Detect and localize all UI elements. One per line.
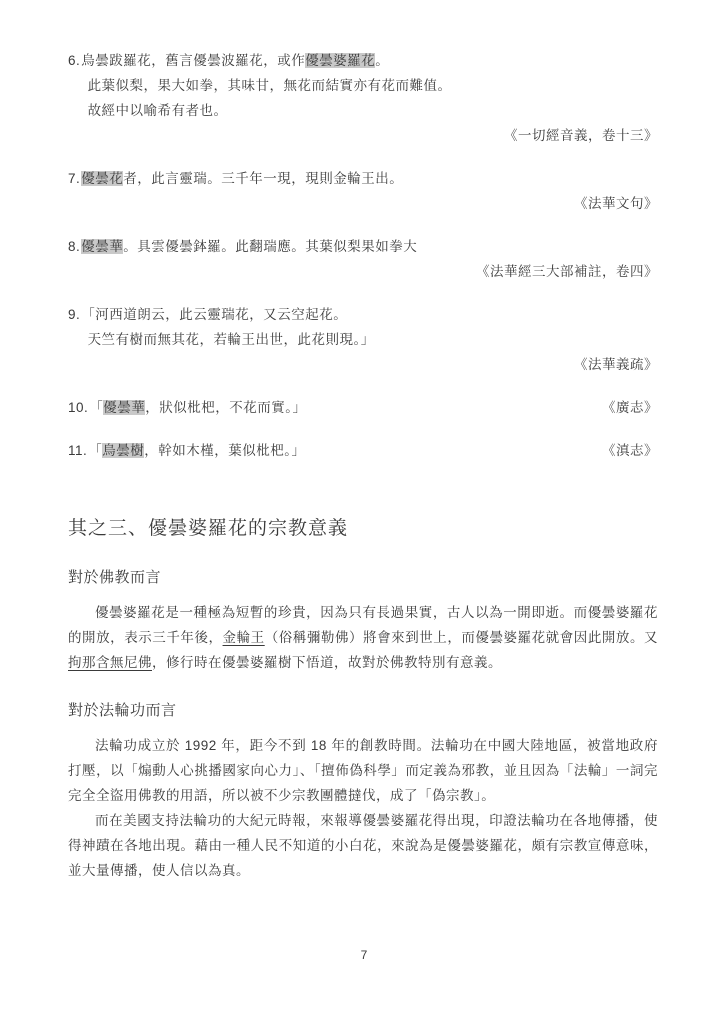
quote-line: 8.優曇華。具雲優曇鉢羅。此翻瑞應。其葉似梨果如拳大 [68,234,658,259]
citation: 《法華經三大部補註，卷四》 [68,259,658,284]
body-paragraph: 而在美國支持法輪功的大紀元時報，來報導優曇婆羅花得出現，印證法輪功在各地傳播，使… [68,808,658,883]
text-run: ，幹如木槿，葉似枇杷。」 [144,443,305,458]
quote-line: 天竺有樹而無其花，若輪王出世，此花則現。」 [68,327,658,352]
quote-line: 《廣志》10.「優曇華，狀似枇杷，不花而實。」 [68,395,658,420]
underlined-term: 拘那含無尼佛 [68,655,152,670]
highlighted-term: 優曇華 [81,239,123,254]
text-run: 者，此言靈瑞。三千年一現，現則金輪王出。 [123,171,403,186]
citation: 《廣志》 [602,395,658,420]
text-run: 。 [375,53,389,68]
text-run: （俗稱彌勒佛）將會來到世上，而優曇婆羅花就會因此開放。又 [265,630,658,645]
citation: 《法華文句》 [68,191,658,216]
quote-number: 8. [68,239,81,254]
quote-line: 7.優曇花者，此言靈瑞。三千年一現，現則金輪王出。 [68,166,658,191]
text-run: 而在美國支持法輪功的大紀元時報，來報導優曇婆羅花得出現，印證法輪功在各地傳播，使… [68,813,658,878]
underlined-term: 金輪王 [223,630,265,645]
text-run: 此葉似梨，果大如拳，其味甘，無花而結實亦有花而難值。 [88,78,452,93]
quote-item: 《廣志》10.「優曇華，狀似枇杷，不花而實。」 [68,395,658,420]
subsection-title: 對於法輪功而言 [68,700,658,721]
text-run: 法輪功成立於 1992 年，距今不到 18 年的創教時間。法輪功在中國大陸地區，… [68,738,658,803]
text-run: 故經中以喻希有者也。 [88,103,228,118]
quotes-list: 6.烏曇跋羅花，舊言優曇波羅花，或作優曇婆羅花。此葉似梨，果大如拳，其味甘，無花… [68,48,658,463]
quote-line: 此葉似梨，果大如拳，其味甘，無花而結實亦有花而難值。 [68,73,658,98]
subsection-title: 對於佛教而言 [68,567,658,588]
quote-number: 11. [68,443,88,458]
text-run: 「 [89,400,103,415]
highlighted-term: 優曇華 [103,400,145,415]
highlighted-term: 優曇花 [81,171,123,186]
text-run: ，修行時在優曇婆羅樹下悟道，故對於佛教特別有意義。 [152,655,502,670]
quote-line: 故經中以喻希有者也。 [68,98,658,123]
text-run: 「河西道朗云，此云靈瑞花，又云空起花。 [81,307,347,322]
subsections: 對於佛教而言優曇婆羅花是一種極為短暫的珍貴，因為只有長過果實，古人以為一開即逝。… [68,567,658,883]
citation: 《法華義疏》 [68,352,658,377]
quote-item: 《滇志》11.「烏曇樹，幹如木槿，葉似枇杷。」 [68,438,658,463]
page-number: 7 [0,948,728,962]
text-run: ，狀似枇杷，不花而實。」 [145,400,306,415]
quote-line: 《滇志》11.「烏曇樹，幹如木槿，葉似枇杷。」 [68,438,658,463]
quote-number: 10. [68,400,89,415]
quote-number: 9. [68,307,81,322]
quote-item: 6.烏曇跋羅花，舊言優曇波羅花，或作優曇婆羅花。此葉似梨，果大如拳，其味甘，無花… [68,48,658,148]
section-heading: 其之三、優曇婆羅花的宗教意義 [68,515,658,542]
body-paragraph: 優曇婆羅花是一種極為短暫的珍貴，因為只有長過果實，古人以為一開即逝。而優曇婆羅花… [68,600,658,675]
quote-number: 6. [68,53,81,68]
citation: 《滇志》 [602,438,658,463]
citation: 《一切經音義，卷十三》 [68,123,658,148]
quote-line: 6.烏曇跋羅花，舊言優曇波羅花，或作優曇婆羅花。 [68,48,658,73]
quote-item: 7.優曇花者，此言靈瑞。三千年一現，現則金輪王出。《法華文句》 [68,166,658,216]
quote-line: 9.「河西道朗云，此云靈瑞花，又云空起花。 [68,302,658,327]
body-paragraph: 法輪功成立於 1992 年，距今不到 18 年的創教時間。法輪功在中國大陸地區，… [68,733,658,808]
text-run: 天竺有樹而無其花，若輪王出世，此花則現。」 [88,332,375,347]
text-run: 。具雲優曇鉢羅。此翻瑞應。其葉似梨果如拳大 [123,239,417,254]
highlighted-term: 優曇婆羅花 [305,53,375,68]
document-page: 6.烏曇跋羅花，舊言優曇波羅花，或作優曇婆羅花。此葉似梨，果大如拳，其味甘，無花… [0,0,728,1030]
text-run: 「 [88,443,102,458]
text-run: 烏曇跋羅花，舊言優曇波羅花，或作 [81,53,305,68]
quote-item: 9.「河西道朗云，此云靈瑞花，又云空起花。天竺有樹而無其花，若輪王出世，此花則現… [68,302,658,377]
quote-number: 7. [68,171,81,186]
quote-item: 8.優曇華。具雲優曇鉢羅。此翻瑞應。其葉似梨果如拳大《法華經三大部補註，卷四》 [68,234,658,284]
highlighted-term: 烏曇樹 [102,443,144,458]
